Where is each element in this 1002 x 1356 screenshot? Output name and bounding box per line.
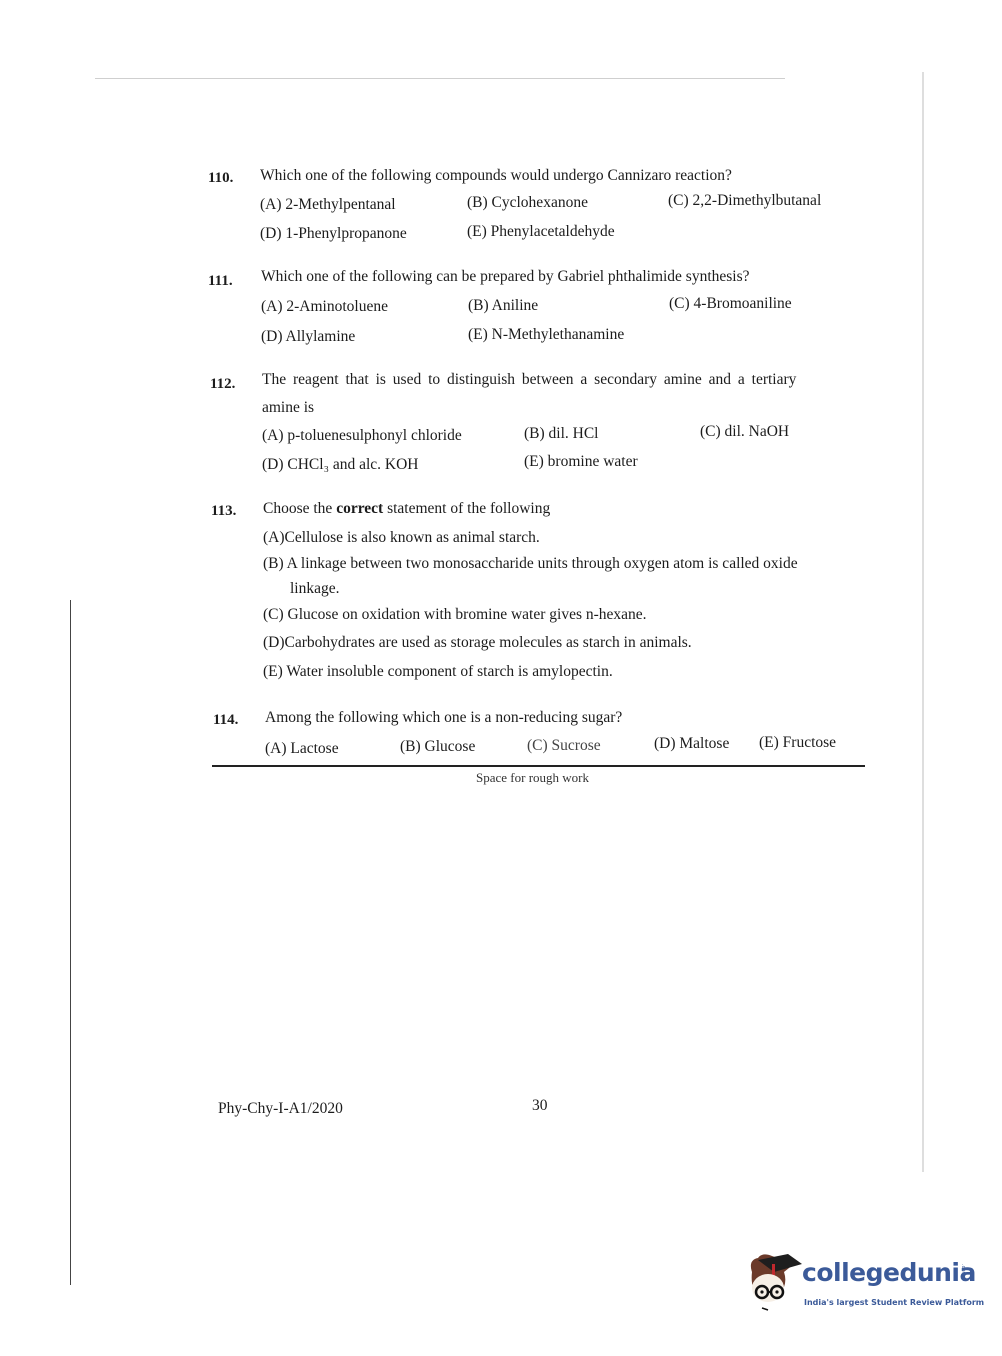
logo-tagline: India's largest Student Review Platform	[804, 1298, 984, 1307]
question-number: 112.	[210, 376, 235, 393]
page-edge-left	[70, 600, 71, 1285]
option-b: (B) Glucose	[400, 738, 475, 756]
option-a: (A) 2-Methylpentanal	[260, 196, 396, 214]
rough-work-divider	[212, 765, 865, 767]
option-a: (A) Lactose	[265, 740, 339, 758]
option-e: (E) Water insoluble component of starch …	[263, 663, 613, 681]
option-c: (C) dil. NaOH	[700, 423, 789, 441]
question-text: Choose the correct statement of the foll…	[263, 500, 550, 518]
option-a: (A)Cellulose is also known as animal sta…	[263, 529, 540, 547]
question-number: 114.	[213, 712, 238, 729]
page-edge-right	[922, 72, 924, 1172]
option-c: (C) Glucose on oxidation with bromine wa…	[263, 606, 647, 624]
question-number: 110.	[208, 170, 233, 187]
option-b: (B) dil. HCl	[524, 425, 599, 443]
page-top-rule	[95, 78, 785, 79]
option-c: (C) Sucrose	[527, 737, 601, 755]
page-number: 30	[532, 1097, 548, 1115]
question-text-line1: The reagent that is used to distinguish …	[262, 371, 796, 389]
rough-work-label: Space for rough work	[476, 770, 589, 786]
option-d: (D) CHCl₃ and alc. KOH	[262, 456, 419, 474]
option-b: (B) Aniline	[468, 297, 538, 315]
option-c: (C) 4-Bromoaniline	[669, 295, 792, 313]
question-text: Which one of the following compounds wou…	[260, 167, 732, 185]
logo-domain-suffix: .com	[960, 1264, 966, 1276]
option-a: (A) 2-Aminotoluene	[261, 298, 388, 316]
question-text: Which one of the following can be prepar…	[261, 268, 750, 286]
option-e: (E) Phenylacetaldehyde	[467, 223, 615, 241]
option-d: (D) Allylamine	[261, 328, 355, 346]
option-e: (E) bromine water	[524, 453, 638, 471]
option-d: (D) Maltose	[654, 735, 729, 753]
option-d: (D)Carbohydrates are used as storage mol…	[263, 634, 692, 652]
question-text-line2: amine is	[262, 399, 314, 417]
option-b-continued: linkage.	[290, 580, 340, 598]
question-text: Among the following which one is a non-r…	[265, 709, 622, 727]
option-d: (D) 1-Phenylpropanone	[260, 225, 407, 243]
footer-paper-code: Phy-Chy-I-A1/2020	[218, 1100, 343, 1118]
option-e: (E) Fructose	[759, 734, 836, 752]
mascot-icon	[744, 1250, 804, 1320]
logo-wordmark: collegedunia	[802, 1258, 976, 1287]
collegedunia-logo: collegedunia .com India's largest Studen…	[744, 1250, 974, 1320]
option-c: (C) 2,2-Dimethylbutanal	[668, 192, 821, 210]
question-number: 113.	[211, 503, 236, 520]
question-number: 111.	[208, 273, 233, 290]
option-a: (A) p-toluenesulphonyl chloride	[262, 427, 462, 445]
option-b: (B) Cyclohexanone	[467, 194, 588, 212]
option-e: (E) N-Methylethanamine	[468, 326, 624, 344]
option-b: (B) A linkage between two monosaccharide…	[263, 555, 798, 573]
